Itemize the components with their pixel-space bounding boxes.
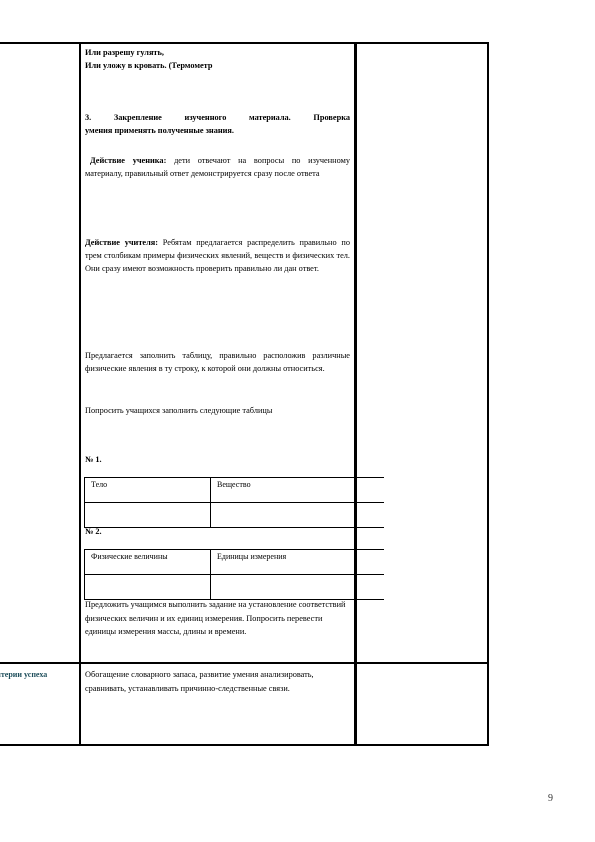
- task-paragraph: Предложить учащимся выполнить задание на…: [85, 598, 350, 639]
- header-cell-quantities: Физические величины: [85, 550, 211, 575]
- teacher-action-label: Действие учителя:: [85, 238, 158, 247]
- section-heading-line-1: 3. Закрепление изученного материала. Про…: [85, 111, 350, 124]
- teacher-action-paragraph: Действие учителя: Ребятам предлагается р…: [85, 236, 350, 275]
- page-number: 9: [548, 793, 553, 804]
- table-bottom-border: [0, 744, 489, 746]
- table-cell[interactable]: [85, 575, 211, 600]
- table-cell[interactable]: [211, 575, 356, 600]
- table-right-border: [487, 42, 489, 746]
- table-header-row: Физические величины Единицы измерения: [85, 550, 385, 575]
- table-1-body-substance: Тело Вещество: [84, 477, 384, 528]
- fill-table-paragraph: Предлагается заполнить таблицу, правильн…: [85, 349, 350, 375]
- criteria-text: Обогащение словарного запаса, развитие у…: [85, 668, 350, 696]
- table1-label: № 1.: [85, 453, 350, 466]
- student-action-paragraph: Действие ученика: дети отвечают на вопро…: [85, 154, 350, 180]
- criteria-label: Критерии успеха: [0, 670, 47, 679]
- intro-line: Или уложу в кровать. (Термометр: [85, 59, 350, 72]
- table-top-border: [0, 42, 489, 44]
- table-cell[interactable]: [356, 575, 385, 600]
- table-cell[interactable]: [356, 503, 385, 528]
- table-cell[interactable]: [211, 503, 356, 528]
- column-divider-right: [354, 42, 357, 746]
- row-divider: [0, 662, 489, 664]
- header-cell-substance: Вещество: [211, 478, 356, 503]
- header-cell-extra: [356, 478, 385, 503]
- section-heading-line-2: умения применять полученные знания.: [85, 124, 350, 137]
- table2-label: № 2.: [85, 525, 350, 538]
- header-cell-body: Тело: [85, 478, 211, 503]
- lesson-plan-table: [0, 42, 489, 746]
- table-row: [85, 503, 385, 528]
- section-heading: 3. Закрепление изученного материала. Про…: [85, 111, 350, 137]
- table-row: [85, 575, 385, 600]
- table-cell[interactable]: [85, 503, 211, 528]
- header-cell-extra: [356, 550, 385, 575]
- student-action-label: Действие ученика:: [90, 156, 166, 165]
- table-2-quantities-units: Физические величины Единицы измерения: [84, 549, 384, 600]
- table-header-row: Тело Вещество: [85, 478, 385, 503]
- header-cell-units: Единицы измерения: [211, 550, 356, 575]
- ask-students-paragraph: Попросить учащихся заполнить следующие т…: [85, 404, 350, 417]
- intro-line: Или разрешу гулять,: [85, 46, 350, 59]
- intro-lines: Или разрешу гулять, Или уложу в кровать.…: [85, 46, 350, 72]
- column-divider-left: [79, 42, 81, 746]
